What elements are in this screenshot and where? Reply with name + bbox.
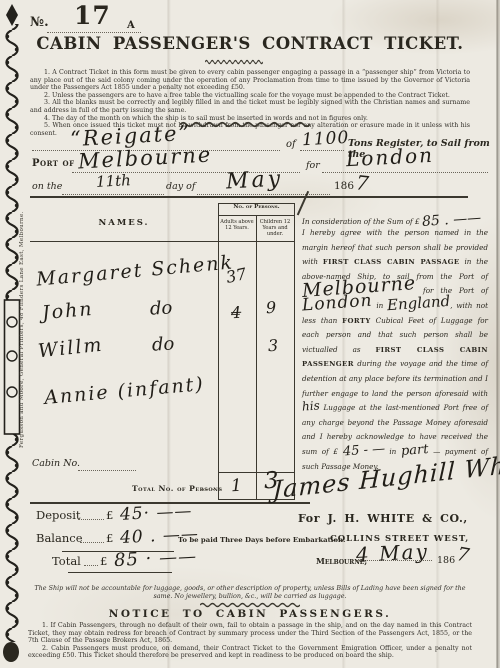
page-title: CABIN PASSENGER'S CONTRACT TICKET. [0,34,500,53]
year-handwritten: 7 [355,170,370,195]
doc-number-suffix: A [127,20,135,31]
deposit-value: 45· —— [120,501,193,525]
signing-year-hw: 7 [455,543,471,567]
balance-label: Balance [36,531,83,545]
sum-value: 85 . —— [422,218,481,222]
notice-title: NOTICE TO CABIN PASSENGERS. [0,608,500,620]
passenger-name: Annie (infant) [43,373,205,409]
rule [30,196,468,198]
destination-value: London [345,143,434,172]
printer-imprint: Fergusson and Moore, General Printers, 4… [19,196,25,448]
condition-item: 1. A Contract Ticket in this form must b… [30,69,470,92]
of-label: of [286,139,296,150]
table-line [294,203,295,500]
total-label: Total [52,554,81,568]
balance-note: To be paid Three Days before Embarkation… [178,536,345,544]
on-the-label: on the [32,181,62,192]
firm-name: For J. H. WHITE & CO., [298,512,468,525]
passenger-name: Willm [37,334,104,363]
country-hw: England [387,301,450,305]
currency-symbol: £ [106,531,113,545]
port-hw: Melbourne [302,283,416,291]
passenger-children: 3 [268,336,279,356]
dotted-line [78,510,104,520]
adults-header: Adults above 12 Years. [219,219,255,231]
dotted-line [78,456,136,471]
passenger-children: 9 [266,298,277,318]
liability-note: The Ship will not be accountable for lug… [30,584,470,600]
passenger-adults-struck: 4 [231,303,242,323]
deposit-label: Deposit [36,508,81,522]
day-value: 11th [96,171,132,191]
divider-squiggle [180,121,310,128]
agreement-text: in [389,447,396,456]
table-line [218,203,219,500]
passenger-name: John [41,298,94,324]
year-printed: 186 [334,180,354,192]
tons-value: 1100 [302,128,350,150]
agreement-open: In consideration of the Sum of £ [302,217,420,226]
table-line [218,215,295,216]
rule [68,572,172,573]
pronoun-hw: his [302,406,320,407]
agreement-paragraph: In consideration of the Sum of £ 85 . ——… [302,217,488,474]
received-sum-hw: 45 - — [343,449,385,452]
currency-symbol: £ [100,554,107,568]
passenger-ditto: do [149,297,172,319]
passenger-adults: 37 [224,264,248,287]
total-adults-value: 1 [230,476,242,497]
notice-list: 1. If Cabin Passengers, through no defau… [28,622,472,660]
names-header: NAMES. [30,218,218,228]
dotted-line [80,533,104,543]
notice-item: 2. Cabin Passengers must produce, on dem… [28,645,472,660]
doc-number-value: 17 [74,1,111,30]
dotted-line [84,556,98,566]
passenger-name: Margaret Schenk [35,251,234,290]
notice-item: 1. If Cabin Passengers, through no defau… [28,622,472,645]
total-value: 85 · —— [114,546,198,571]
doc-number-label: №. [30,15,49,30]
table-line [30,241,295,242]
condition-item: 3. All the blanks must be correctly and … [30,99,470,114]
divider-squiggle [205,59,263,65]
signing-date-hw: 4 May [355,539,429,567]
day-of-label: day of [166,181,195,192]
month-value: May [225,167,283,195]
agreement-text: in [376,301,383,310]
passenger-ditto: do [151,333,174,355]
signing-year-printed: 186 [437,555,455,566]
persons-header: No. of Persons. [218,204,295,210]
cabin-no-label: Cabin No. [32,458,80,469]
payment-word-hw: part [401,450,428,452]
contract-ticket-page: Fergusson and Moore, General Printers, 4… [0,0,500,668]
port-of-label: Port of [32,158,75,169]
for-label: for [306,160,320,171]
condition-item: 2. Unless the passengers are to have a f… [30,92,470,100]
table-line [256,216,257,500]
children-header: Children 12 Years and under. [257,219,293,237]
agreement-caps: FORTY [342,317,371,325]
table-line [218,472,295,473]
destination-hw: London [302,301,372,306]
currency-symbol: £ [106,508,113,522]
dotted-line [200,480,214,490]
agreement-caps: FIRST CLASS CABIN PASSAGE [323,258,460,266]
